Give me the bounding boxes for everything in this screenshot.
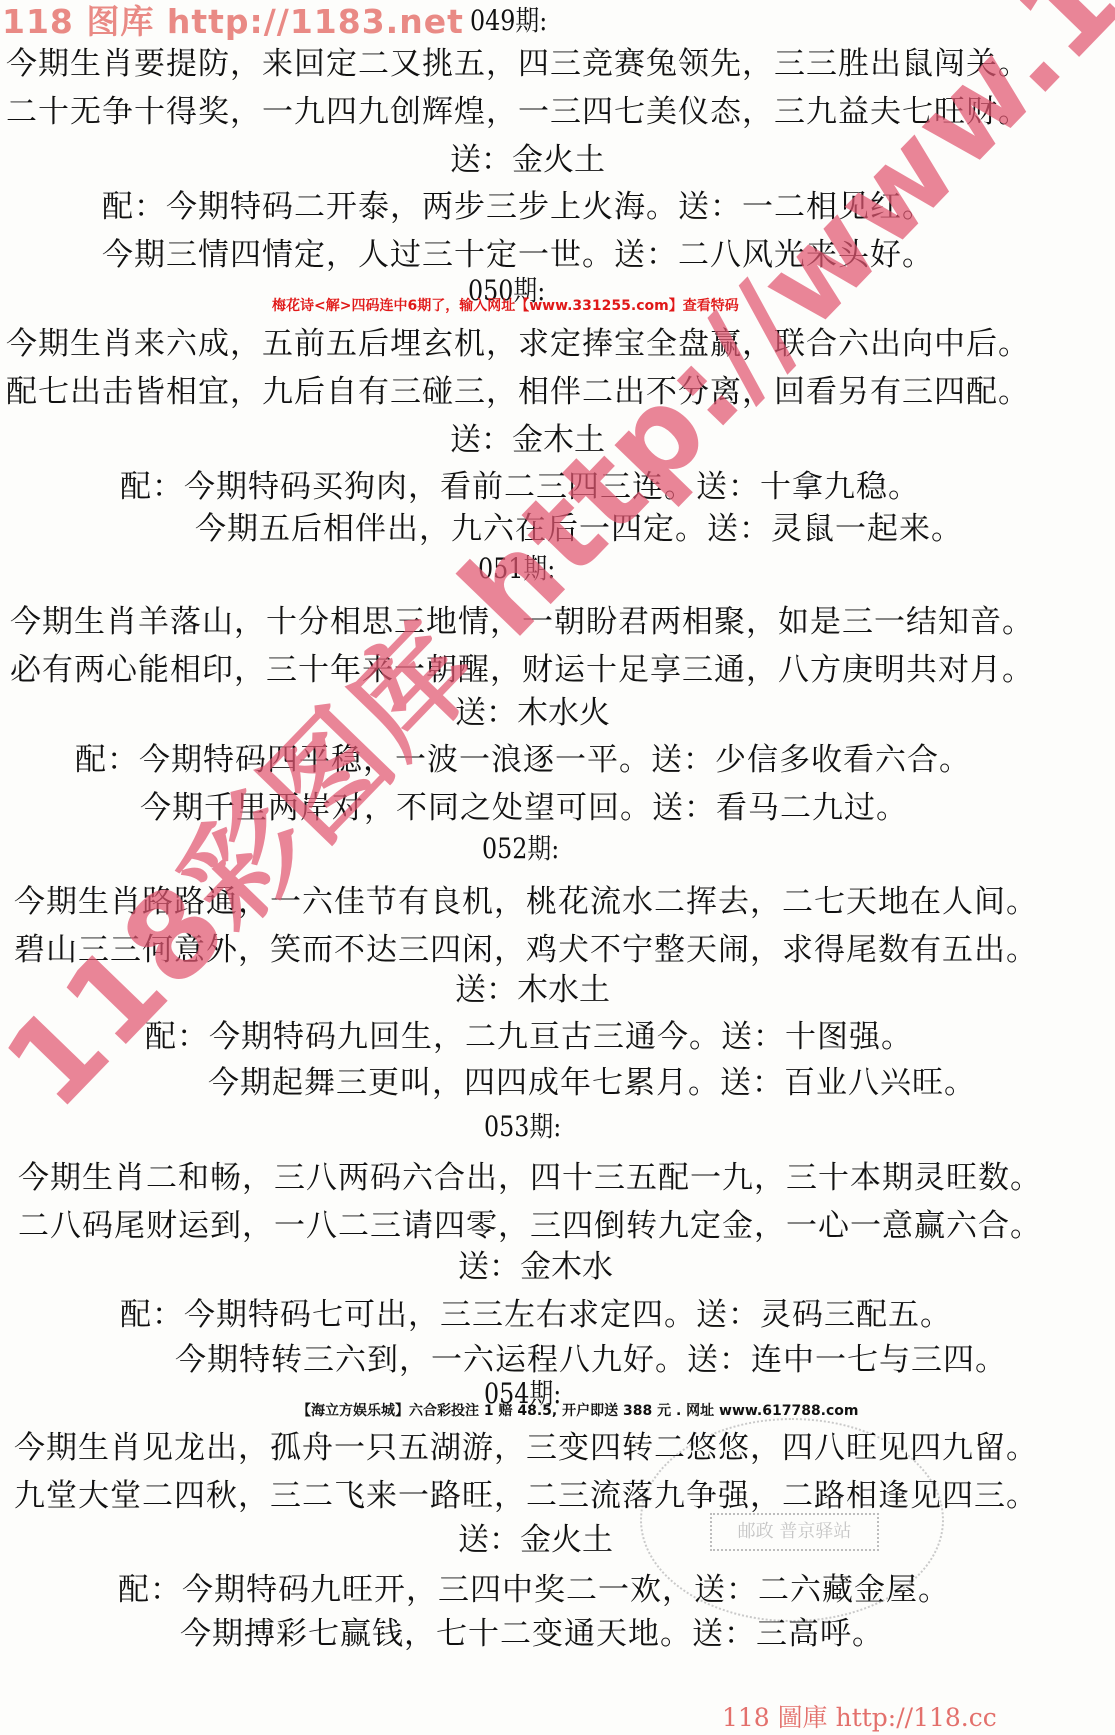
pair-line: 配：今期特码九回生，二九亘古三通今。送：十图强。	[145, 1017, 913, 1057]
pair-line: 今期起舞三更叫，四四成年七累月。送：百业八兴旺。	[208, 1063, 976, 1103]
watermark-top-left: 118 图库 http://1183.net	[2, 0, 464, 43]
gift-line: 送：木水土	[455, 970, 610, 1010]
pair-line: 配：今期特码七可出，三三左右求定四。送：灵码三配五。	[120, 1295, 952, 1335]
period-title-053: 053期:	[484, 1110, 561, 1144]
postmark-stamp-box: 邮政 普京驿站	[710, 1513, 879, 1551]
verse-line: 今期生肖二和畅，三八两码六合出，四十三五配一九，三十本期灵旺数。	[18, 1158, 1042, 1198]
pair-line: 今期搏彩七赢钱，七十二变通天地。送：三高呼。	[180, 1614, 884, 1654]
verse-line: 二八码尾财运到，一八二三请四零，三四倒转九定金，一心一意赢六合。	[18, 1206, 1042, 1246]
verse-line: 九堂大堂二四秋，三二飞来一路旺，二三流落九争强，二路相逢见四三。	[14, 1476, 1038, 1516]
verse-line: 今期生肖见龙出，孤舟一只五湖游，三变四转二悠悠，四八旺见四九留。	[14, 1428, 1038, 1468]
verse-line: 配七出击皆相宜，九后自有三碰三，相伴二出不分离，回看另有三四配。	[6, 372, 1030, 412]
scanned-page: 邮政 普京驿站 118 图库 http://1183.net 049期: 今期生…	[0, 0, 1115, 1735]
watermark-bottom-right: 118 圖庫 http://118.cc	[722, 1698, 997, 1734]
gift-line: 送：金火土	[450, 140, 605, 180]
gift-line: 送：金木水	[458, 1247, 613, 1287]
ad-banner-black: 【海立方娱乐城】六合彩投注 1 赔 48.5, 开户即送 388 元 . 网址 …	[297, 1400, 859, 1420]
gift-line: 送：金火土	[458, 1520, 613, 1560]
period-title-052: 052期:	[482, 832, 559, 866]
pair-line: 配：今期特码九旺开，三四中奖二一欢，送：二六藏金屋。	[118, 1570, 950, 1610]
pair-line: 今期特转三六到，一六运程八九好。送：连中一七与三四。	[175, 1340, 1007, 1380]
period-title-049: 049期:	[470, 4, 547, 38]
verse-line: 今期生肖来六成，五前五后埋玄机，求定捧宝全盘赢，联合六出向中后。	[6, 324, 1030, 364]
